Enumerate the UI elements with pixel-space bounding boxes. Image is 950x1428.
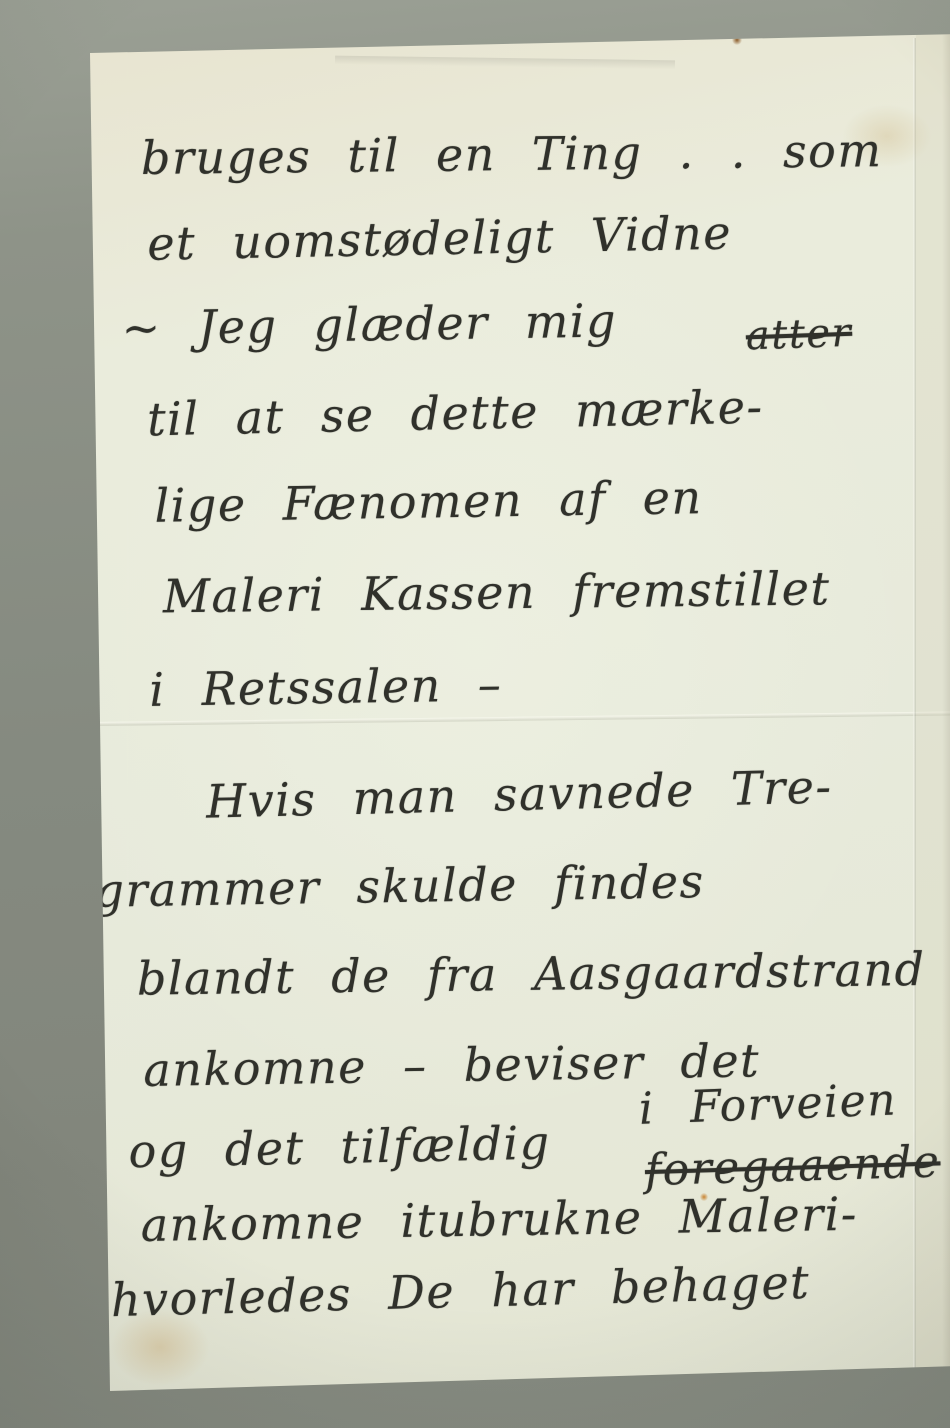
handwriting-line-2: et uomstødeligt Vidne (147, 207, 733, 271)
handwriting-layer: bruges til en Ting . . som et uomstødeli… (69, 21, 950, 1407)
handwriting-line-10: blandt de fra Aasgaardstrand (137, 943, 926, 1006)
struck-out-word: atter (745, 310, 853, 359)
inserted-correction-word: i Forveien (638, 1075, 898, 1135)
handwriting-line-8: Hvis man savnede Tre- (205, 760, 833, 828)
handwriting-line-1: bruges til en Ting . . som (141, 124, 883, 185)
handwriting-line-4: til at se dette mærke- (147, 381, 764, 447)
handwriting-line-6: Maleri Kassen fremstillet (163, 562, 831, 623)
handwriting-line-3: ~ Jeg glæder mig (121, 294, 617, 355)
letter-page: bruges til en Ting . . som et uomstødeli… (80, 28, 950, 1400)
handwriting-line-9: grammer skulde findes (94, 855, 705, 917)
handwriting-line-5: lige Fænomen af en (154, 471, 703, 532)
scanned-letter-photo: bruges til en Ting . . som et uomstødeli… (0, 0, 950, 1428)
handwriting-line-13: ankomne itubrukne Maleri- (140, 1188, 858, 1252)
handwriting-line-12: og det tilfældig (128, 1116, 551, 1178)
handwriting-line-7: i Retssalen – (149, 658, 503, 716)
handwriting-line-14: hvorledes De har behaget (110, 1256, 811, 1327)
